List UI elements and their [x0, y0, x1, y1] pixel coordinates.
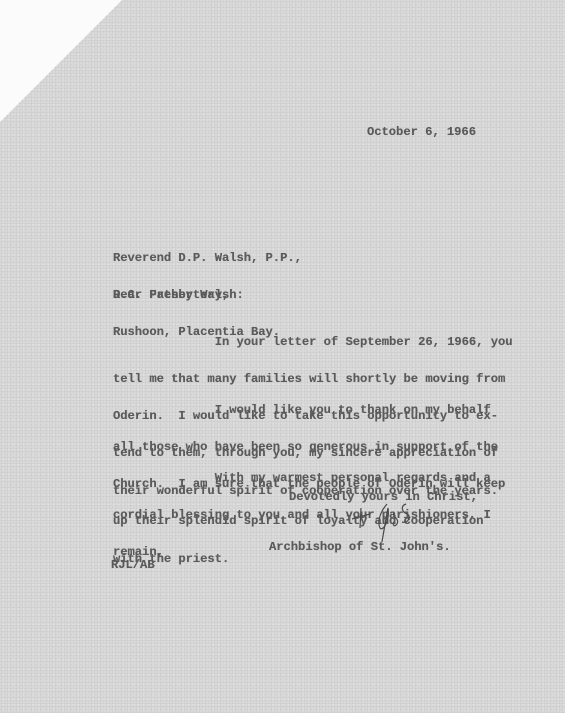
- text-line: I would like you to thank on my behalf: [113, 404, 505, 416]
- salutation: Dear Father Walsh:: [113, 289, 244, 301]
- body-paragraph-3: With my warmest personal regards and a c…: [113, 447, 491, 583]
- reference-initials: RJL/AB: [111, 559, 155, 571]
- recipient-line: Reverend D.P. Walsh, P.P.,: [113, 252, 302, 264]
- handwritten-signature-icon: [350, 500, 420, 545]
- folded-corner: [0, 0, 122, 122]
- letter-page: October 6, 1966 Reverend D.P. Walsh, P.P…: [0, 0, 565, 713]
- signer-title: Archbishop of St. John's.: [269, 541, 451, 553]
- letter-date: October 6, 1966: [367, 126, 476, 138]
- text-line: With my warmest personal regards and a: [113, 472, 491, 484]
- text-line: In your letter of September 26, 1966, yo…: [113, 336, 513, 348]
- text-line: cordial blessing to you and all your par…: [113, 509, 491, 521]
